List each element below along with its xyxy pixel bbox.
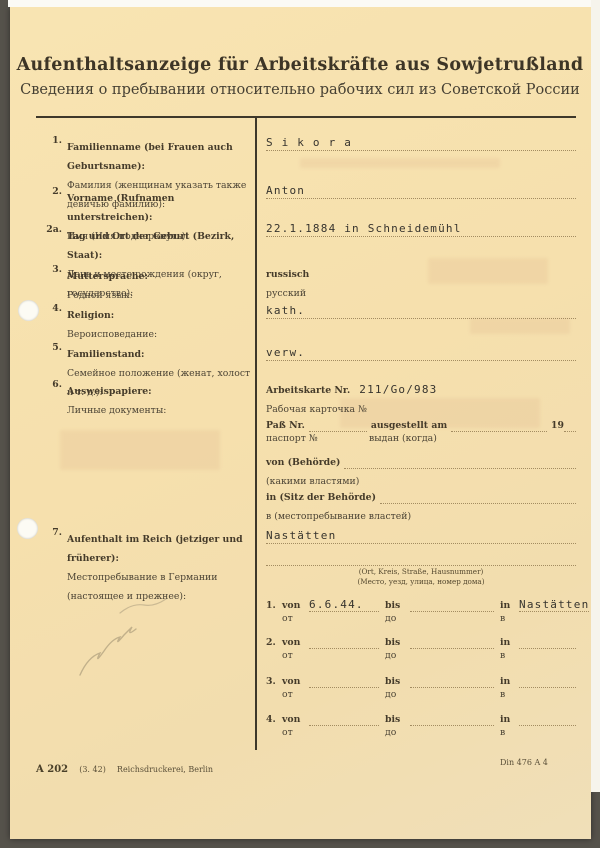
- residence-row-3: 3. von bis in от до в: [266, 676, 576, 702]
- label-de: Ausweispapiere:: [67, 386, 152, 397]
- ot-label: от: [282, 650, 309, 662]
- field-religion: 4. Religion: Вероисповедание:: [40, 303, 252, 341]
- von-value: 6.6.44.: [309, 598, 379, 612]
- in-label: in: [500, 637, 519, 649]
- sitz-label-ru: в (местопребывание властей): [266, 511, 411, 522]
- bis-value: [410, 637, 494, 649]
- behoerde-blank: [344, 457, 576, 469]
- behoerde-line: von (Behörde) (какими властями): [266, 457, 576, 489]
- von-label: von: [282, 714, 309, 726]
- in-value: [519, 687, 576, 688]
- bis-value: [410, 714, 494, 726]
- field-aufenthalt: 7. Aufenthalt im Reich (jetziger und frü…: [40, 527, 252, 603]
- in-value: [519, 725, 576, 726]
- bis-label: bis: [385, 600, 410, 612]
- von-label: von: [282, 676, 309, 688]
- value-familienstand: verw.: [266, 346, 576, 361]
- address-caption-de: (Ort, Kreis, Straße, Hausnummer): [359, 567, 484, 576]
- issued-date-blank: [451, 420, 547, 432]
- header-rule: [36, 116, 576, 118]
- in-label: in: [500, 714, 519, 726]
- value-familienname: S i k o r a: [266, 136, 576, 151]
- field-number: 4.: [40, 303, 62, 341]
- ot-label: от: [282, 689, 309, 701]
- value-muttersprache-ru: русский: [266, 288, 306, 299]
- row-number: 2.: [266, 637, 282, 649]
- pass-label-de: Paß Nr.: [266, 420, 305, 432]
- bis-value: [410, 676, 494, 688]
- form-code: A 202: [36, 764, 68, 775]
- scan-edge-right: [591, 0, 600, 792]
- year-blank: [564, 420, 576, 432]
- field-number: 3.: [40, 264, 62, 302]
- label-ru: Вероисповедание:: [67, 329, 157, 340]
- row-number: 4.: [266, 714, 282, 726]
- label-de: Religion:: [67, 310, 114, 321]
- value-aufenthalt: Nastätten: [266, 529, 576, 544]
- v-label: в: [500, 613, 519, 625]
- label-de: Aufenthalt im Reich (jetziger und früher…: [67, 534, 243, 564]
- address-caption-ru: (Место, уезд, улица, номер дома): [357, 577, 484, 586]
- footer-din: Din 476 A 4: [500, 758, 548, 767]
- do-label: до: [385, 689, 410, 701]
- scan-edge-top: [8, 0, 600, 7]
- label-de: Vorname (Rufnamen unterstreichen):: [67, 193, 174, 223]
- in-label: in: [500, 600, 519, 612]
- von-value: [309, 687, 379, 688]
- arbeitskarte-line: Arbeitskarte Nr. 211/Go/983 Рабочая карт…: [266, 378, 576, 417]
- printer-name: Reichsdruckerei, Berlin: [117, 765, 213, 774]
- footer-left: A 202 (3. 42) Reichsdruckerei, Berlin: [36, 757, 213, 776]
- do-label: до: [385, 613, 410, 625]
- in-value: [519, 648, 576, 649]
- sitz-blank: [380, 492, 576, 504]
- punch-hole-bottom: [17, 518, 38, 539]
- in-value: Nastätten: [519, 598, 589, 612]
- von-label: von: [282, 637, 309, 649]
- value-religion: kath.: [266, 304, 576, 319]
- label-de: Familienname (bei Frauen auch Geburtsnam…: [67, 142, 233, 172]
- residence-row-4: 4. von bis in от до в: [266, 714, 576, 740]
- pencil-annotation: [60, 595, 190, 685]
- von-label: von: [282, 600, 309, 612]
- v-label: в: [500, 689, 519, 701]
- pass-number-blank: [309, 420, 367, 432]
- punch-hole-top: [18, 300, 39, 321]
- ot-label: от: [282, 613, 309, 625]
- form-title-russian: Сведения о пребывании относительно рабоч…: [0, 82, 600, 98]
- v-label: в: [500, 727, 519, 739]
- von-value: [309, 725, 379, 726]
- ink-bleed-artifact: [300, 158, 500, 168]
- bis-label: bis: [385, 676, 410, 688]
- von-value: [309, 648, 379, 649]
- bis-value: [410, 600, 494, 612]
- ot-label: от: [282, 727, 309, 739]
- behoerde-label-de: von (Behörde): [266, 457, 340, 469]
- do-label: до: [385, 650, 410, 662]
- label-de: Tag und Ort der Geburt (Bezirk, Staat):: [67, 231, 234, 261]
- form-edition: (3. 42): [79, 765, 106, 774]
- issued-label-de: ausgestellt am: [371, 420, 447, 432]
- pass-label-ru: паспорт №: [266, 433, 318, 445]
- value-geburt: 22.1.1884 in Schneidemühl: [266, 222, 576, 237]
- row-number: 3.: [266, 676, 282, 688]
- field-muttersprache: 3. Muttersprache: Родной язык:: [40, 264, 252, 302]
- label-ru: Личные документы:: [67, 405, 166, 416]
- row-number: 1.: [266, 600, 282, 612]
- field-ausweispapiere: 6. Ausweispapiere: Личные документы:: [40, 379, 252, 417]
- arbeitskarte-label-de: Arbeitskarte Nr.: [266, 385, 350, 396]
- ink-bleed-artifact: [470, 318, 570, 334]
- sitz-line: in (Sitz der Behörde) в (местопребывание…: [266, 492, 576, 524]
- in-label: in: [500, 676, 519, 688]
- column-divider: [255, 116, 257, 750]
- bis-label: bis: [385, 637, 410, 649]
- sitz-label-de: in (Sitz der Behörde): [266, 492, 376, 504]
- ink-bleed-artifact: [60, 430, 220, 470]
- value-vorname: Anton: [266, 184, 576, 199]
- value-muttersprache: russisch русский: [266, 262, 576, 301]
- form-title-german: Aufenthaltsanzeige für Arbeitskräfte aus…: [0, 55, 600, 75]
- pass-line: Paß Nr. ausgestellt am 19 паспорт № выда…: [266, 420, 576, 445]
- field-number: 6.: [40, 379, 62, 417]
- address-caption: (Ort, Kreis, Straße, Hausnummer) (Место,…: [296, 567, 546, 586]
- label-de: Muttersprache:: [67, 271, 148, 282]
- value-muttersprache-de: russisch: [266, 269, 309, 280]
- year-prefix: 19: [551, 420, 564, 432]
- v-label: в: [500, 650, 519, 662]
- residence-row-1: 1. von 6.6.44. bis in Nastätten от до в: [266, 598, 576, 626]
- do-label: до: [385, 727, 410, 739]
- issued-label-ru: выдан (когда): [369, 433, 437, 445]
- arbeitskarte-label-ru: Рабочая карточка №: [266, 404, 367, 415]
- label-de: Familienstand:: [67, 349, 144, 360]
- label-ru: Родной язык:: [67, 290, 133, 301]
- aufenthalt-blank-line: [266, 552, 576, 566]
- residence-row-2: 2. von bis in от до в: [266, 637, 576, 663]
- behoerde-label-ru: (какими властями): [266, 476, 359, 487]
- arbeitskarte-number: 211/Go/983: [359, 383, 437, 396]
- bis-label: bis: [385, 714, 410, 726]
- field-number: 7.: [40, 527, 62, 603]
